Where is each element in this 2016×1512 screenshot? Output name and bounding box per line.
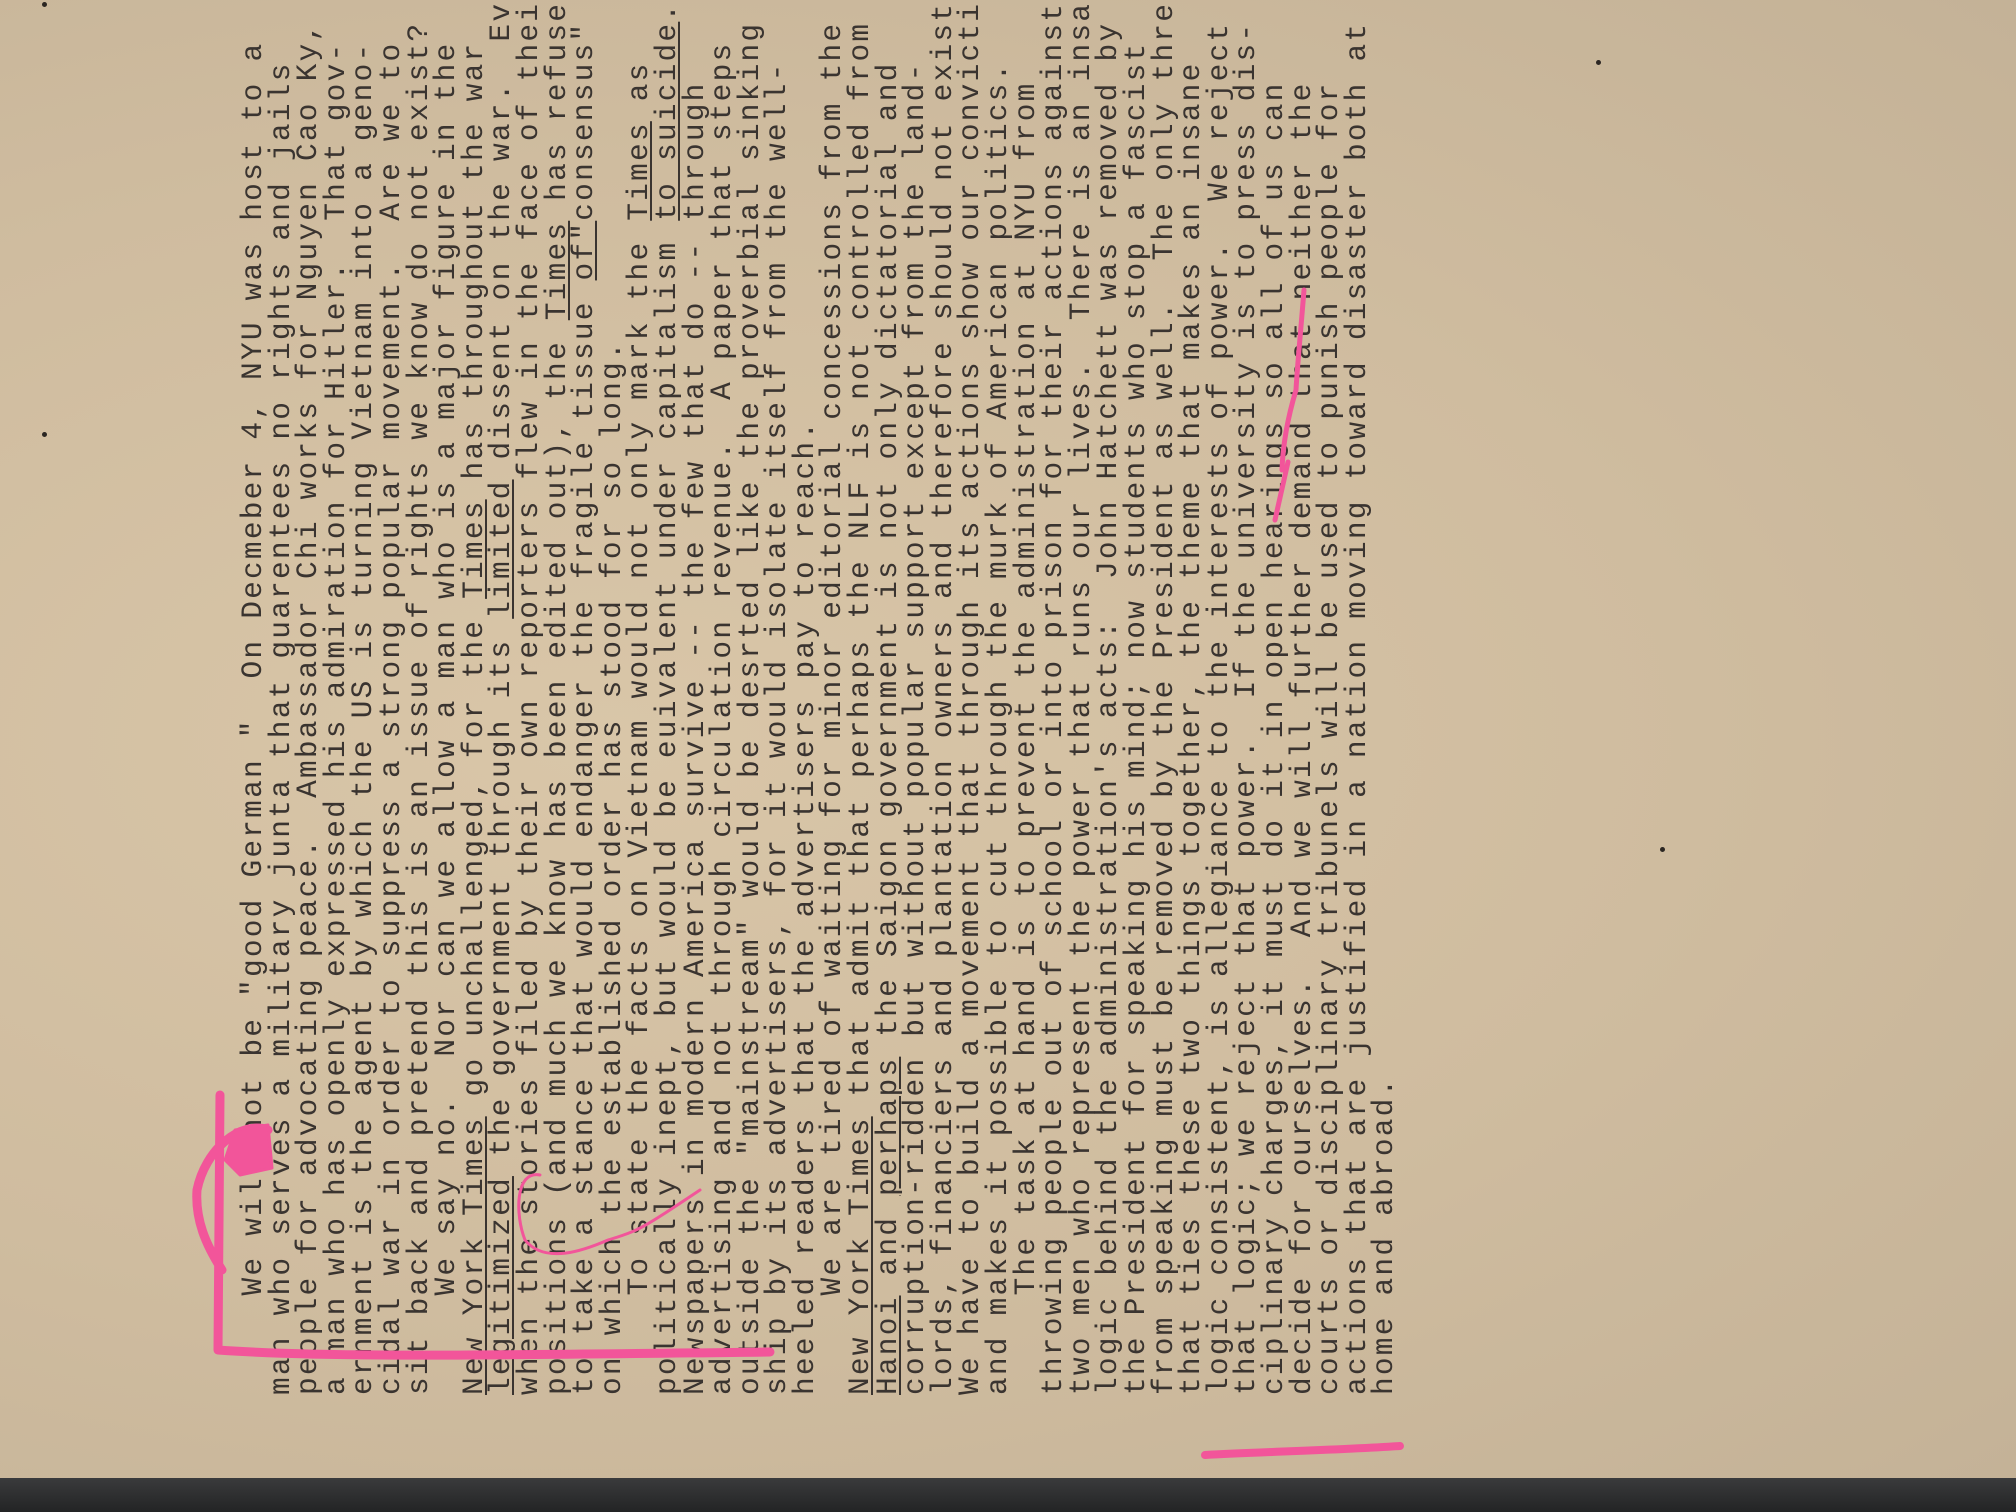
underlined-text: of" (567, 221, 601, 281)
table-surface (0, 1478, 2016, 1512)
text-segment: home and abroad. (1367, 1077, 1401, 1395)
text-segment: . (650, 2, 684, 22)
typewritten-page: We will not be "good German " On Decmebe… (240, 0, 1740, 1470)
paper-speck (42, 432, 47, 437)
document-body: We will not be "good German " On Decmebe… (240, 15, 1399, 1395)
text-segment: consensus" (567, 22, 601, 221)
paper-speck (42, 2, 47, 7)
text-line: home and abroad. (1371, 15, 1399, 1395)
